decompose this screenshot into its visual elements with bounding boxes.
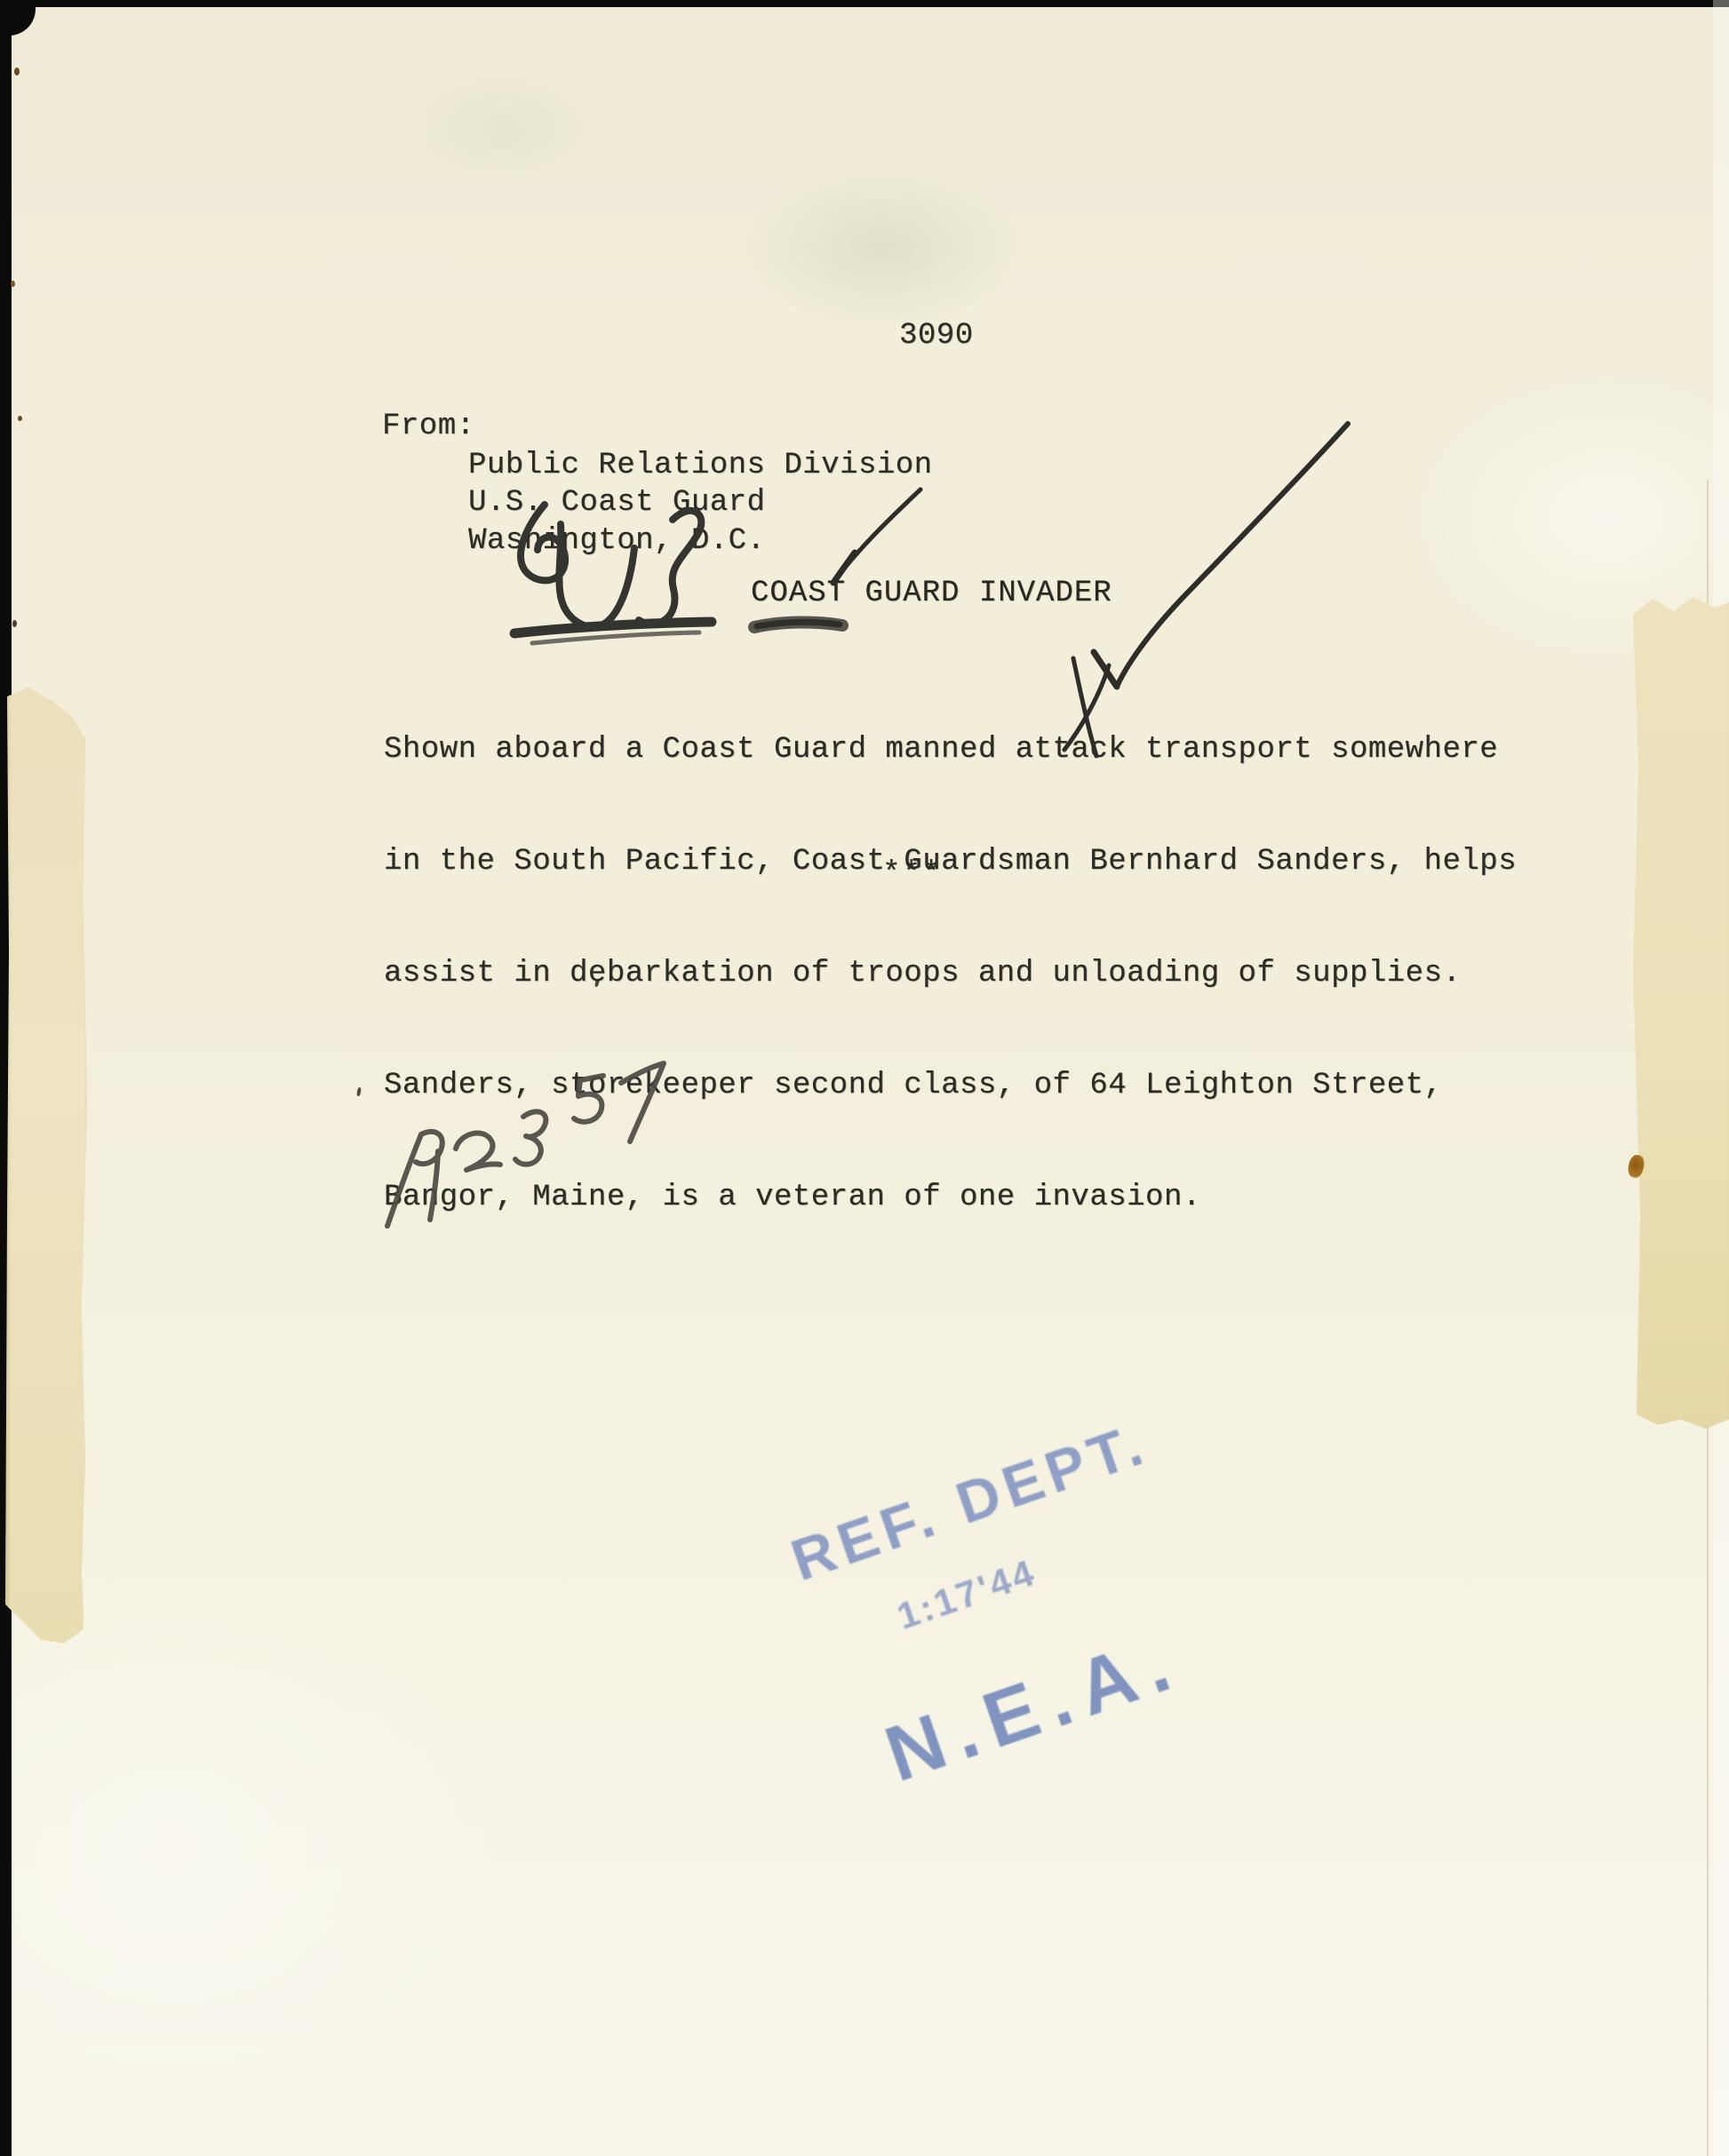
underline-stroke [757,622,840,626]
handwriting-underline [514,622,712,633]
underline-stroke [754,622,842,627]
sender-line-agency: U.S. Coast Guard [468,484,765,521]
tape-remnant-right [1626,590,1729,1428]
pen-check-mark [1094,424,1348,687]
sender-line-division: Public Relations Division [468,447,933,484]
scan-margin-corner [0,0,36,36]
end-mark: *** [882,855,942,893]
stamp-ref-dept: REF. DEPT. [783,1409,1156,1594]
foxing-speck [12,620,17,627]
caption-title: COAST GUARD INVADER [751,575,1112,612]
foxing-speck [11,281,15,287]
pen-stroke-left [833,489,920,583]
foxing-speck [18,416,22,421]
pen-stroke [1117,424,1348,687]
caption-line: Bangor, Maine, is a veteran of one invas… [384,1179,1517,1216]
sender-line-city: Washington, D.C. [468,522,765,560]
stamp-nea: N.E.A. [874,1615,1192,1800]
caption-body: Shown aboard a Coast Guard manned attack… [384,656,1517,1291]
handwriting-underline [532,632,699,643]
tape-remnant-left [5,686,91,1651]
caption-line: Shown aboard a Coast Guard manned attack… [384,731,1517,768]
photo-back-scan: 3090 From: Public Relations Division U.S… [0,0,1729,2156]
pen-stroke [833,489,920,583]
caption-line: in the South Pacific, Coast Guardsman Be… [384,843,1517,880]
title-underline [754,622,842,627]
foxing-speck [14,68,20,76]
photo-number: 3090 [899,317,974,354]
scan-margin-top [0,0,1729,7]
stamp-date: 1:17'44 [892,1551,1042,1638]
pencil-fleck [356,1087,362,1097]
caption-line: Sanders, storekeeper second class, of 64… [384,1067,1517,1104]
from-label: From: [382,408,475,445]
caption-line: assist in debarkation of troops and unlo… [384,955,1517,992]
